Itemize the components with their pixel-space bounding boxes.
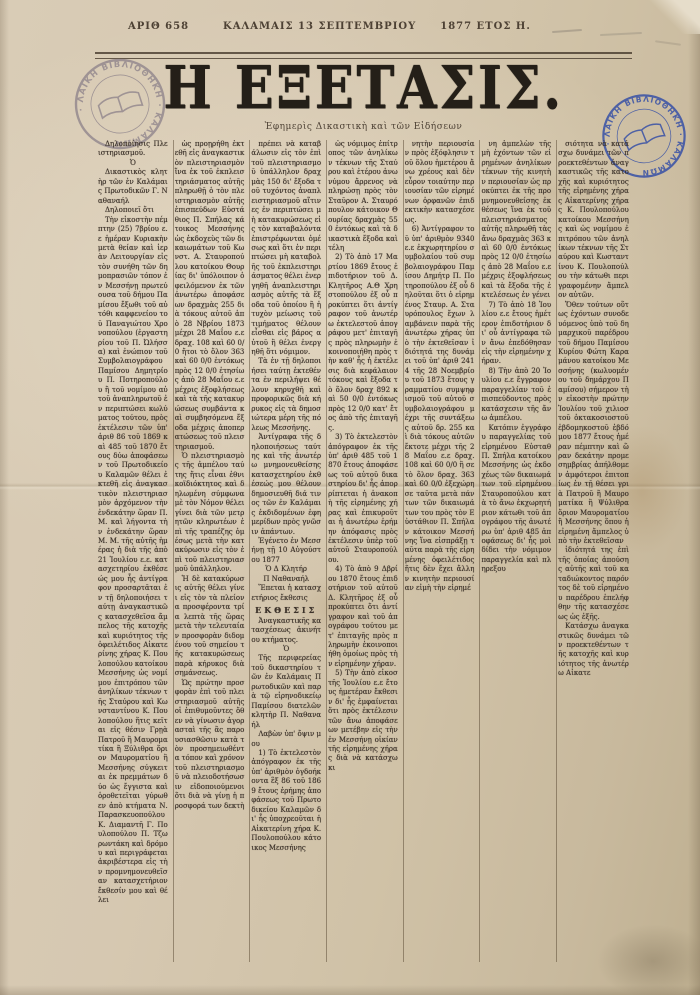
- column-paragraph: Ἀναγκαστικῆς κατασχέσεως ἀκινήτου κτήματ…: [251, 617, 321, 645]
- pencil-mark: [600, 32, 642, 36]
- column-paragraph: Ὅθεν τούτων οὕτως ἐχόντων συνοδευόμενος …: [558, 301, 629, 547]
- column-paragraph: Ὁ πλειστηριασμὸς τῆς ἀμπέλου ταύτης ἥτις…: [175, 452, 245, 575]
- masthead-title: Η ΕΞΕΤΑΣΙΣ.: [127, 57, 600, 118]
- column-paragraph: Τῆς περιφερείας τοῦ δικαστηρίου τῶν ἐν Κ…: [251, 654, 321, 730]
- column-paragraph: νη ἀμπελὼν τῆς μὴ ἐχόντων τῶν εἰρημένων …: [481, 140, 551, 301]
- column-paragraph: ἰδιότητά της ἐπὶ τῆς ὁποίας ἀπούσης αὐτῆ…: [558, 546, 629, 622]
- article-columns: Δηλοποίησις Πλειστηριασμοῦ.ὉΔικαστικὸς κ…: [97, 140, 634, 962]
- column-paragraph: νητὴν περιουσίαν πρὸς ἐξόφλησιν τοῦ ὅλου…: [405, 140, 475, 225]
- column-paragraph: Ἡ δὲ κατακύρωσις αὐτῆς θέλει γίνει εἰς τ…: [175, 575, 245, 679]
- section-heading: ΕΚΘΕΣΙΣ: [251, 606, 321, 615]
- column-paragraph: πρέπει νὰ καταβάλωσιν εἰς τὸν ἐπὶ τοῦ πλ…: [251, 140, 321, 357]
- column-paragraph: Π Ναθαναήλ: [251, 575, 321, 584]
- column-paragraph: Τὴν εἰκοστὴν πέμπτην (25) 7βρίου ε.ε ἡμέ…: [98, 216, 168, 906]
- place-date: ΚΑΛΑΜΑΙΣ 13 ΣΕΠΤΕΜΒΡΙΟΥ: [223, 21, 416, 32]
- column-paragraph: Κατόπιν ἐγγράφου παραγγελίας τοῦ εἰρημέν…: [481, 424, 551, 575]
- column-paragraph: 5) Τὴν ἀπὸ εἰκοστῆς Ἰουλίου ε.ε ἔτους ἡμ…: [328, 669, 398, 773]
- column-paragraph: Ἀντίγραφα τῆς δηλοποιήσεως ταύτης καὶ τῆ…: [251, 433, 321, 537]
- year-volume: 1877 ΕΤΟΣ Η.: [440, 21, 531, 32]
- column-paragraph: ὡς νόμιμος ἐπίτροπος τῶν ἀνηλίκων τέκνων…: [328, 140, 398, 253]
- pencil-mark: [552, 29, 582, 33]
- column-paragraph: 3) Τὸ ἐκτελεστὸν ἀπόγραφον ἐκ τῆς ὑπ' ἀρ…: [328, 433, 398, 565]
- column-paragraph: Ἕπεται ἡ κατασχετήριος ἔκθεσις: [251, 584, 321, 603]
- pencil-mark: [655, 40, 681, 46]
- text-column-2: ὡς προῃρήθη ἐκτεθῆ εἰς ἀναγκαστικὸν πλει…: [174, 140, 251, 962]
- column-paragraph: 1) Τὸ ἐκτελεστὸν ἀπόγραφον ἐκ τῆς ὑπ' ἀρ…: [251, 749, 321, 853]
- scan-edge-shadow-bottom: [0, 985, 700, 995]
- text-column-3: πρέπει νὰ καταβάλωσιν εἰς τὸν ἐπὶ τοῦ πλ…: [250, 140, 327, 962]
- open-book-icon: [97, 89, 142, 118]
- column-paragraph: Δηλοποιεῖ ὅτι: [98, 206, 168, 215]
- column-paragraph: Ἐγένετο ἐν Μεσσήνῃ τῇ 10 Αὐγούστου 1877: [251, 537, 321, 565]
- column-paragraph: 7) Τὸ ἀπὸ 18 Ἰουλίου ε.ε ἔτους ἡμέτερον …: [481, 301, 551, 367]
- text-column-1: Δηλοποίησις Πλειστηριασμοῦ.ὉΔικαστικὸς κ…: [97, 140, 174, 962]
- column-paragraph: σιότητα νὰ κατάσχω δυνάμει τῶν προεκτεθέ…: [558, 140, 629, 301]
- column-paragraph: Δικαστικὸς κλητὴρ τῶν ἐν Καλάμαις Πρωτοδ…: [98, 168, 168, 206]
- column-paragraph: Ὁ Δ Κλητήρ: [251, 565, 321, 574]
- column-paragraph: 8) Τὴν ἀπὸ 20 Ἰουλίου ε.ε ἔγγραφον παραγ…: [481, 367, 551, 424]
- text-column-6: νη ἀμπελὼν τῆς μὴ ἐχόντων τῶν εἰρημένων …: [480, 140, 557, 962]
- column-paragraph: Ὁ: [98, 159, 168, 168]
- issue-header: ΑΡΙΘ 658 ΚΑΛΑΜΑΙΣ 13 ΣΕΠΤΕΜΒΡΙΟΥ 1877 ΕΤ…: [128, 21, 548, 32]
- text-column-5: νητὴν περιουσίαν πρὸς ἐξόφλησιν τοῦ ὅλου…: [404, 140, 481, 962]
- column-paragraph: Κατάσχω ἀναγκαστικῶς δυνάμει τῶν προεκτε…: [558, 622, 629, 679]
- column-paragraph: ὡς προῃρήθη ἐκτεθῆ εἰς ἀναγκαστικὸν πλει…: [175, 140, 245, 452]
- column-paragraph: 2) Τὸ ἀπὸ 17 Μαρτίου 1869 ἔτους ἐπιδοτήρ…: [328, 253, 398, 433]
- column-paragraph: Ὡς πρώτην προσφορὰν ἐπὶ τοῦ πλειστηριασμ…: [175, 679, 245, 811]
- column-paragraph: Δηλοποίησις Πλειστηριασμοῦ.: [98, 140, 168, 159]
- corner-patch: [648, 0, 700, 34]
- column-paragraph: 4) Τὸ ἀπὸ 9 Δβρίου 1870 ἔτους ἐπιδοτήριο…: [328, 565, 398, 669]
- scan-edge-shadow-left: [0, 0, 9, 995]
- newspaper-page: ΑΡΙΘ 658 ΚΑΛΑΜΑΙΣ 13 ΣΕΠΤΕΜΒΡΙΟΥ 1877 ΕΤ…: [0, 0, 700, 995]
- column-paragraph: Λαβὼν ὑπ' ὄψιν μου: [251, 730, 321, 749]
- issue-number: ΑΡΙΘ 658: [128, 21, 189, 32]
- column-paragraph: Τὰ ἐν τῇ δηλοποιήσει ταύτῃ ἐκτεθέντα ἐν …: [251, 357, 321, 433]
- text-column-7: σιότητα νὰ κατάσχω δυνάμει τῶν προεκτεθέ…: [557, 140, 634, 962]
- text-column-4: ὡς νόμιμος ἐπίτροπος τῶν ἀνηλίκων τέκνων…: [327, 140, 404, 962]
- column-paragraph: 6) Ἀντίγραφον τοῦ ὑπ' ἀριθμὸν 9340 ε.ε ἐ…: [405, 225, 475, 594]
